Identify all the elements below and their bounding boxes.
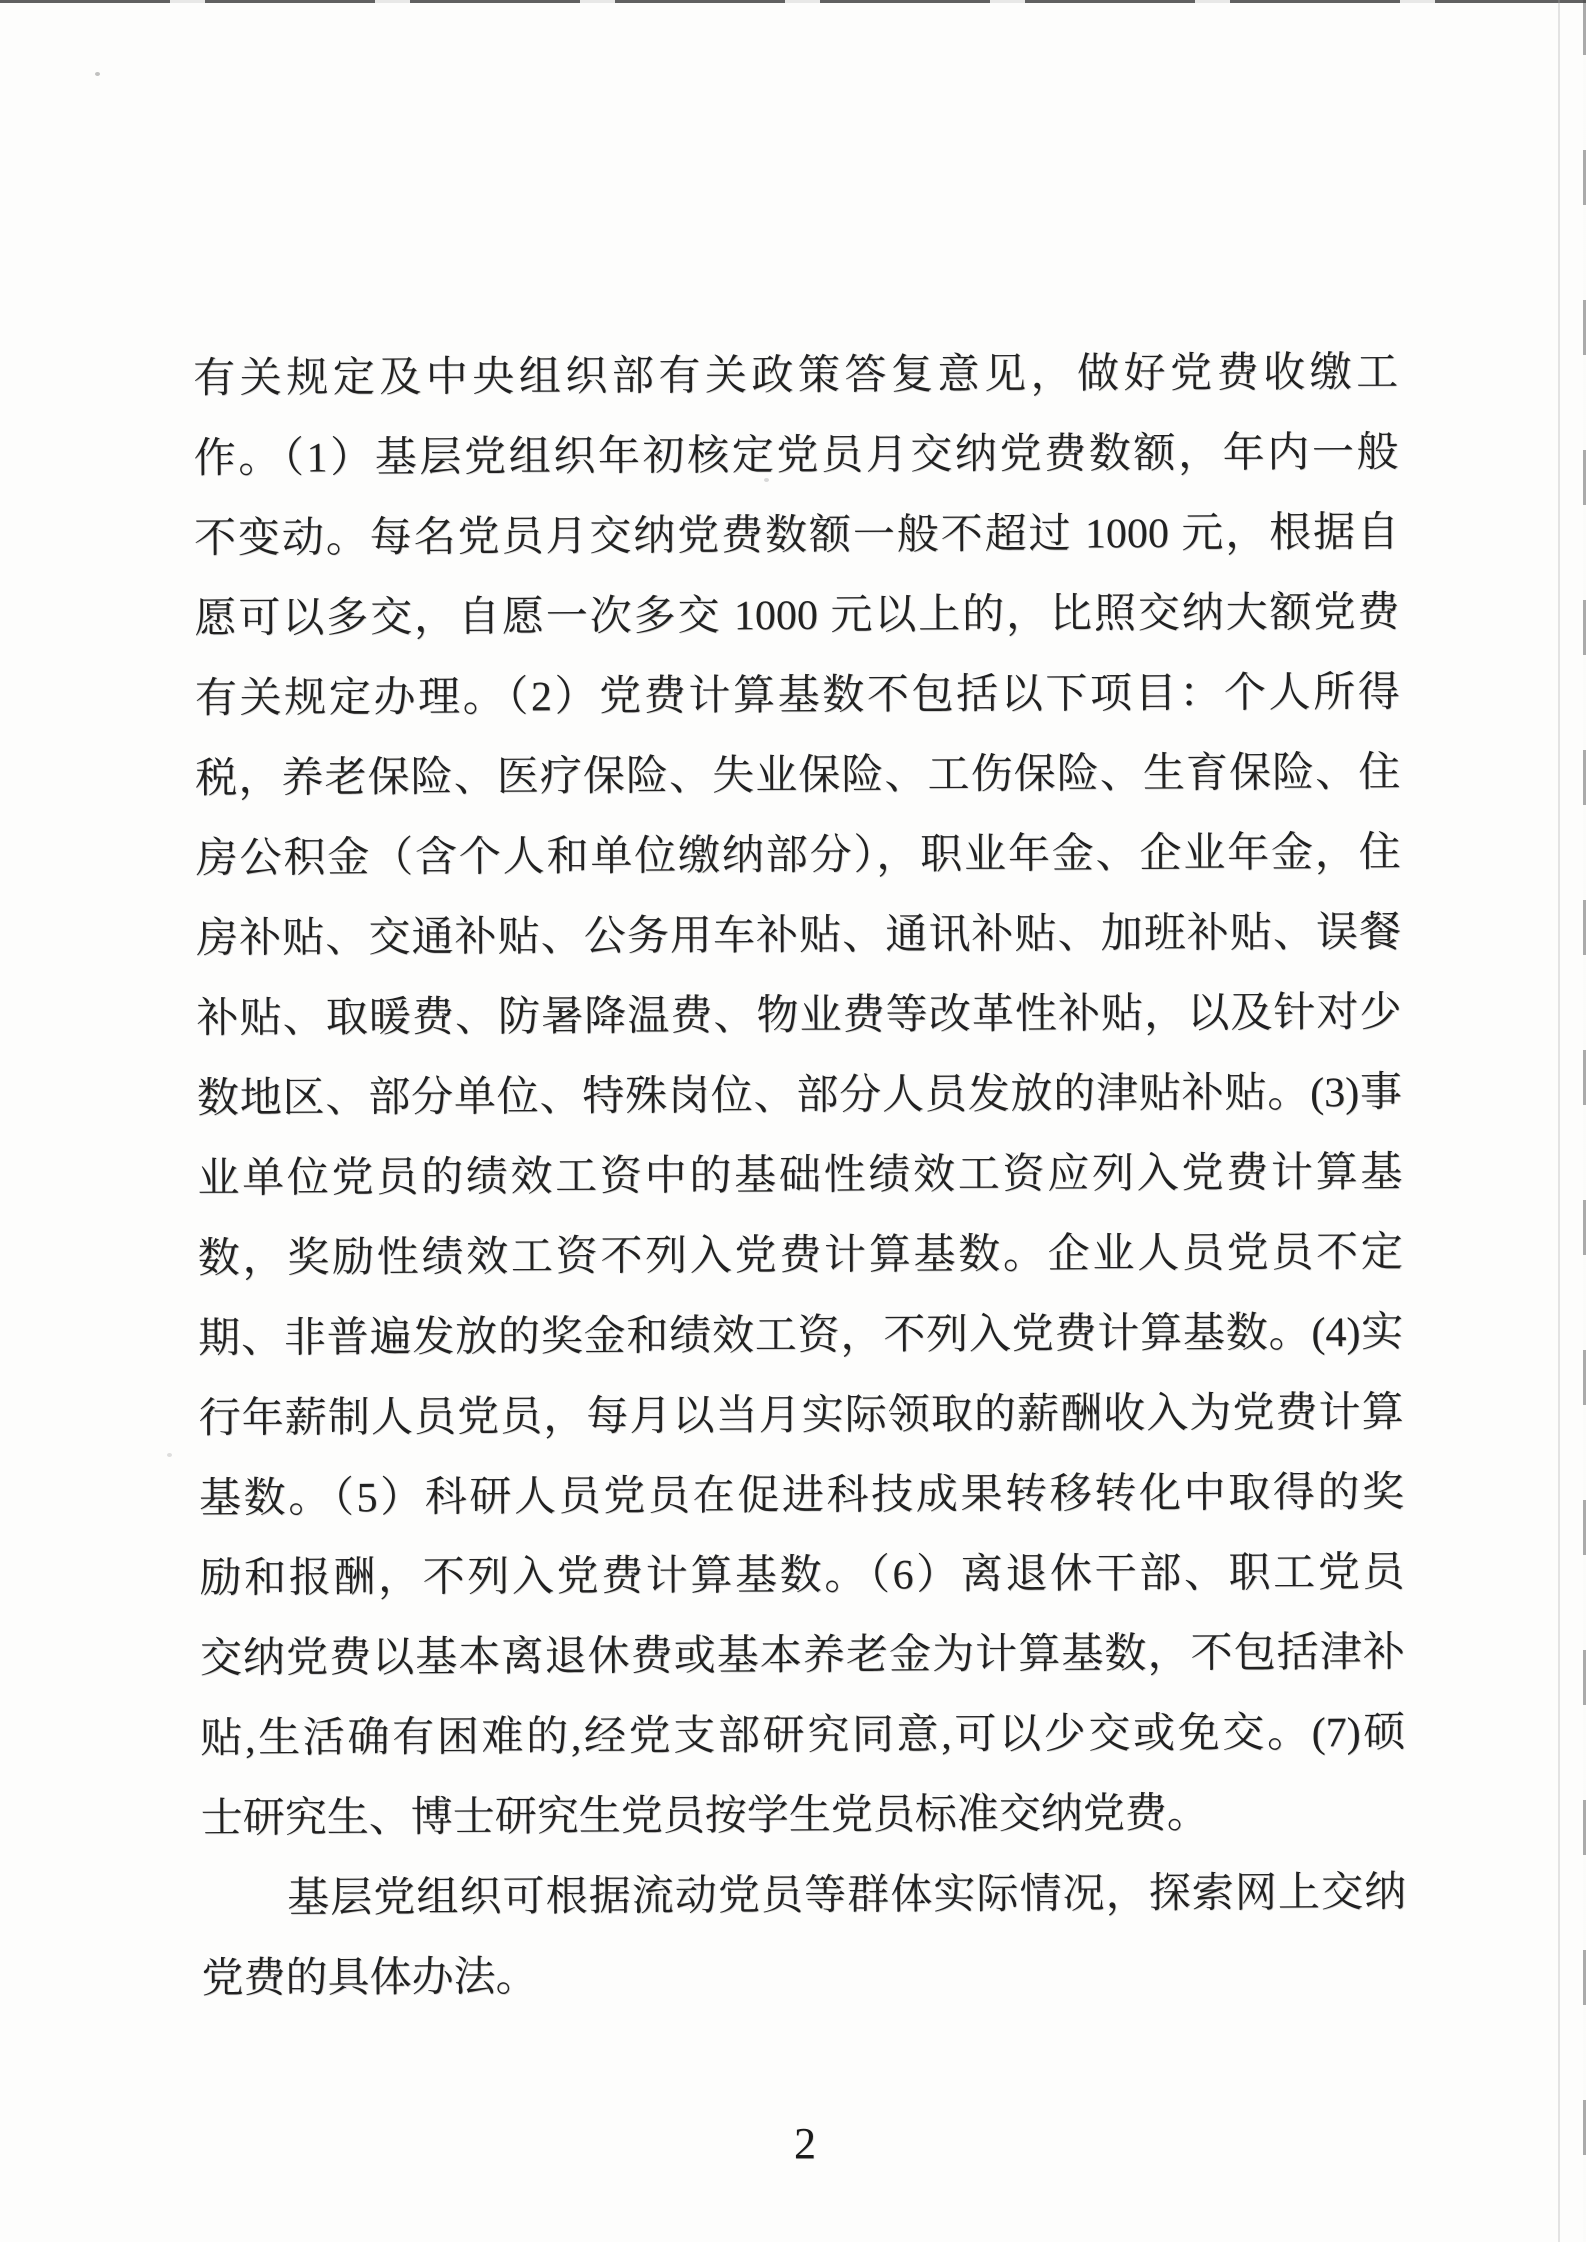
page-number: 2 <box>0 2118 1586 2170</box>
text-line: 励和报酬，不列入党费计算基数。（6）离退休干部、职工党员 <box>199 1533 1404 1619</box>
scanned-document-page: 有关规定及中央组织部有关政策答复意见，做好党费收缴工 作。（1）基层党组织年初核… <box>0 0 1586 2242</box>
document-body-text: 有关规定及中央组织部有关政策答复意见，做好党费收缴工 作。（1）基层党组织年初核… <box>193 333 1407 2019</box>
text-line: 数地区、部分单位、特殊岗位、部分人员发放的津贴补贴。(3)事 <box>197 1053 1402 1139</box>
text-line: 士研究生、博士研究生党员按学生党员标准交纳党费。 <box>201 1773 1406 1859</box>
paragraph-dues-rules: 有关规定及中央组织部有关政策答复意见，做好党费收缴工 作。（1）基层党组织年初核… <box>193 333 1406 1859</box>
text-line: 党费的具体办法。 <box>201 1933 1406 2019</box>
text-line: 基层党组织可根据流动党员等群体实际情况，探索网上交纳 <box>201 1853 1406 1939</box>
text-line: 有关规定及中央组织部有关政策答复意见，做好党费收缴工 <box>193 333 1398 419</box>
text-line: 愿可以多交，自愿一次多交 1000 元以上的，比照交纳大额党费 <box>194 573 1399 659</box>
text-line: 期、非普遍发放的奖金和绩效工资，不列入党费计算基数。(4)实 <box>198 1293 1403 1379</box>
text-line: 补贴、取暖费、防暑降温费、物业费等改革性补贴，以及针对少 <box>196 973 1401 1059</box>
scan-line-right-artifact <box>1558 0 1560 2242</box>
text-line: 作。（1）基层党组织年初核定党员月交纳党费数额，年内一般 <box>193 413 1398 499</box>
text-line: 业单位党员的绩效工资中的基础性绩效工资应列入党费计算基 <box>197 1133 1402 1219</box>
scan-edge-top-artifact <box>0 0 1586 3</box>
text-line: 税，养老保险、医疗保险、失业保险、工伤保险、生育保险、住 <box>195 733 1400 819</box>
text-line: 不变动。每名党员月交纳党费数额一般不超过 1000 元，根据自 <box>194 493 1399 579</box>
text-line: 房公积金（含个人和单位缴纳部分），职业年金、企业年金，住 <box>196 813 1401 899</box>
text-line: 数，奖励性绩效工资不列入党费计算基数。企业人员党员不定 <box>198 1213 1403 1299</box>
scan-speck <box>167 1453 172 1457</box>
text-line: 基数。（5）科研人员党员在促进科技成果转移转化中取得的奖 <box>199 1453 1404 1539</box>
text-line: 房补贴、交通补贴、公务用车补贴、通讯补贴、加班补贴、误餐 <box>196 893 1401 979</box>
scan-speck <box>95 72 100 76</box>
text-line: 贴,生活确有困难的,经党支部研究同意,可以少交或免交。(7)硕 <box>200 1693 1405 1779</box>
text-line: 有关规定办理。（2）党费计算基数不包括以下项目：个人所得 <box>195 653 1400 739</box>
text-line: 行年薪制人员党员，每月以当月实际领取的薪酬收入为党费计算 <box>198 1373 1403 1459</box>
text-line: 交纳党费以基本离退休费或基本养老金为计算基数，不包括津补 <box>200 1613 1405 1699</box>
paragraph-online-payment: 基层党组织可根据流动党员等群体实际情况，探索网上交纳 党费的具体办法。 <box>201 1853 1407 2019</box>
